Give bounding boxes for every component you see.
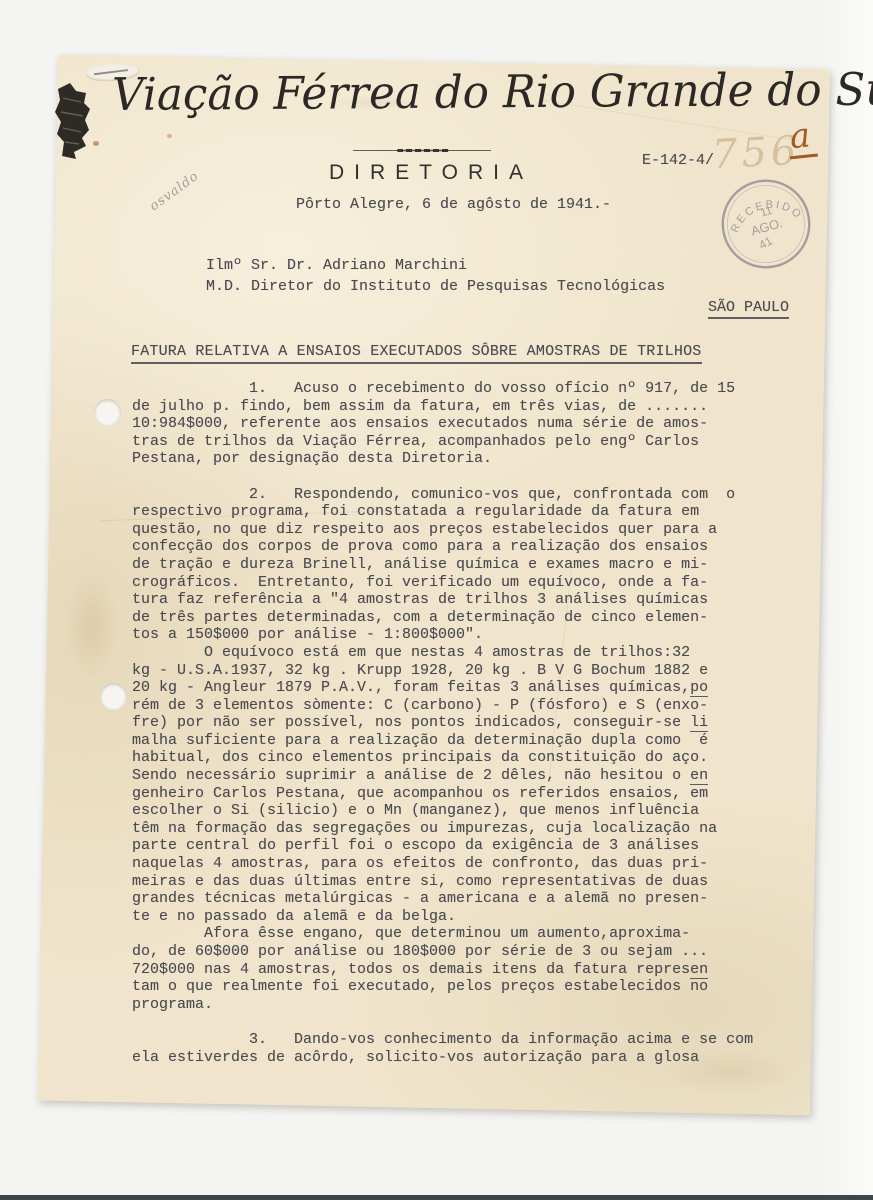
body-line: de tração e dureza Brinell, análise quím… — [132, 556, 772, 574]
department-title: DIRETORIA — [329, 161, 533, 185]
body-line: te e no passado da alemã e da belga. — [132, 908, 772, 926]
body-line: 2. Respondendo, comunico-vos que, confro… — [132, 486, 772, 504]
body-line: O equívoco está em que nestas 4 amostras… — [132, 644, 772, 662]
paper-stain — [66, 570, 118, 680]
body-line: têm na formação das segregações ou impur… — [132, 820, 772, 838]
body-line: parte central do perfil foi o escopo da … — [132, 837, 772, 855]
dateline: Pôrto Alegre, 6 de agôsto de 1941.- — [296, 196, 611, 213]
letterhead-divider — [353, 149, 491, 152]
body-line: rém de 3 elementos sòmente: C (carbono) … — [132, 697, 772, 715]
body-line: questão, no que diz respeito aos preços … — [132, 521, 772, 539]
pencil-note: osvaldo — [147, 169, 202, 215]
scanner-edge-strip — [0, 1195, 873, 1200]
body-line: 3. Dando-vos conhecimento da informação … — [132, 1031, 772, 1049]
subject-line: FATURA RELATIVA A ENSAIOS EXECUTADOS SÔB… — [131, 343, 702, 364]
body-line: Pestana, por designação desta Diretoria. — [132, 450, 772, 468]
body-line: respectivo programa, foi constatada a re… — [132, 503, 772, 521]
body-line: de três partes determinadas, com a deter… — [132, 609, 772, 627]
scanned-letter-page: Viação Férrea do Rio Grande do Sul DIRET… — [0, 0, 873, 1200]
body-line: fre) por não ser possível, nos pontos in… — [132, 714, 772, 732]
received-date-stamp: RECEBIDO 11 AGO. 41 — [709, 167, 823, 281]
recipient-role: M.D. Diretor do Instituto de Pesquisas T… — [206, 278, 665, 295]
body-line: 720$000 nas 4 amostras, todos os demais … — [132, 961, 772, 979]
body-line: malha suficiente para a realização da de… — [132, 732, 772, 750]
body-line: confecção dos corpos de prova como para … — [132, 538, 772, 556]
body-line: 1. Acuso o recebimento do vosso ofício n… — [132, 380, 772, 398]
reference-number: E-142-4/ — [642, 152, 714, 169]
body-line: grandes técnicas metalúrgicas - a americ… — [132, 890, 772, 908]
body-line: naquelas 4 amostras, para os efeitos de … — [132, 855, 772, 873]
body-line — [132, 468, 772, 486]
body-line: tras de trilhos da Viação Férrea, acompa… — [132, 433, 772, 451]
body-line: escolher o Si (silicio) e o Mn (manganez… — [132, 802, 772, 820]
paper-stain — [93, 141, 99, 146]
body-line: 20 kg - Angleur 1879 P.A.V., foram feita… — [132, 679, 772, 697]
letter-content: Viação Férrea do Rio Grande do Sul DIRET… — [0, 0, 873, 1200]
body-line: Afora êsse engano, que determinou um aum… — [132, 925, 772, 943]
body-line: crográficos. Entretanto, foi verificado … — [132, 574, 772, 592]
body-line: 10:984$000, referente aos ensaios execut… — [132, 415, 772, 433]
body-line: tam o que realmente foi executado, pelos… — [132, 978, 772, 996]
company-name: Viação Férrea do Rio Grande do Sul — [112, 63, 811, 121]
handwritten-letter-a: a — [786, 117, 818, 160]
paper-stain — [167, 134, 172, 138]
body-line: tos a 150$000 por análise - 1:800$000". — [132, 626, 772, 644]
punch-hole — [94, 399, 121, 426]
body-line: meiras e das duas últimas entre si, como… — [132, 873, 772, 891]
punch-hole — [100, 683, 127, 710]
body-line: programa. — [132, 996, 772, 1014]
body-line: habitual, dos cinco elementos principais… — [132, 749, 772, 767]
body-line: tura faz referência a "4 amostras de tri… — [132, 591, 772, 609]
recipient-city: SÃO PAULO — [708, 299, 789, 319]
body-line: genheiro Carlos Pestana, que acompanhou … — [132, 785, 772, 803]
coat-of-arms-emblem — [55, 82, 92, 160]
body-line: do, de 60$000 por análise ou 180$000 por… — [132, 943, 772, 961]
body-line — [132, 1013, 772, 1031]
letter-body: 1. Acuso o recebimento do vosso ofício n… — [132, 380, 772, 1066]
body-line: Sendo necessário suprimir a análise de 2… — [132, 767, 772, 785]
body-line: de julho p. findo, bem assim da fatura, … — [132, 398, 772, 416]
body-line: kg - U.S.A.1937, 32 kg . Krupp 1928, 20 … — [132, 662, 772, 680]
body-line: ela estiverdes de acôrdo, solicito-vos a… — [132, 1049, 772, 1067]
recipient-name: Ilmº Sr. Dr. Adriano Marchini — [206, 257, 467, 274]
